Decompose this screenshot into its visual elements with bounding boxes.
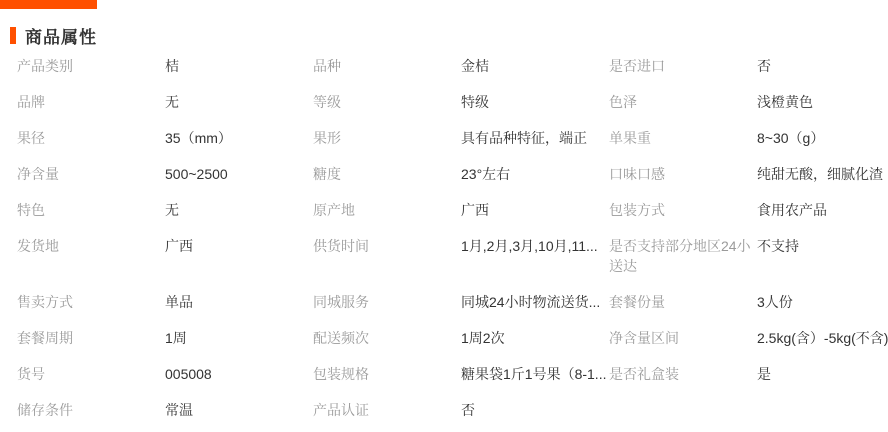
attribute-cell: 品种 金桔 — [313, 48, 609, 84]
attribute-label: 单果重 — [609, 128, 757, 148]
attribute-label: 发货地 — [17, 236, 165, 276]
attribute-value: 是 — [757, 364, 888, 384]
attribute-row: 套餐周期 1周 配送频次 1周2次 净含量区间 2.5kg(含）-5kg(不含) — [17, 320, 888, 356]
attribute-label: 果径 — [17, 128, 165, 148]
attribute-value: 食用农产品 — [757, 200, 888, 220]
attribute-cell: 是否进口 否 — [609, 48, 888, 84]
attribute-cell — [609, 392, 888, 428]
attribute-cell: 发货地 广西 — [17, 228, 313, 284]
attribute-cell: 产品认证 否 — [313, 392, 609, 428]
attribute-cell: 品牌 无 — [17, 84, 313, 120]
section-header: 商品属性 — [10, 25, 97, 45]
attribute-label: 净含量区间 — [609, 328, 757, 348]
attribute-cell: 净含量区间 2.5kg(含）-5kg(不含) — [609, 320, 888, 356]
attribute-value: 糖果袋1斤1号果（8-1... — [461, 364, 609, 384]
attribute-row: 储存条件 常温 产品认证 否 — [17, 392, 888, 428]
attribute-cell: 配送频次 1周2次 — [313, 320, 609, 356]
attribute-row: 果径 35（mm） 果形 具有品种特征，端正 单果重 8~30（g） — [17, 120, 888, 156]
attribute-cell: 是否支持部分地区24小送达 不支持 — [609, 228, 888, 284]
attribute-value: 桔 — [165, 56, 313, 76]
attribute-label: 储存条件 — [17, 400, 165, 420]
attribute-label: 品牌 — [17, 92, 165, 112]
attribute-row: 特色 无 原产地 广西 包装方式 食用农产品 — [17, 192, 888, 228]
page-title: 商品属性 — [25, 23, 97, 48]
attribute-value: 1周2次 — [461, 328, 609, 348]
attribute-value: 否 — [757, 56, 888, 76]
attribute-row: 货号 005008 包装规格 糖果袋1斤1号果（8-1... 是否礼盒装 是 — [17, 356, 888, 392]
attribute-label: 是否礼盒装 — [609, 364, 757, 384]
attribute-value: 8~30（g） — [757, 128, 888, 148]
attribute-cell: 售卖方式 单品 — [17, 284, 313, 320]
attribute-value: 1月,2月,3月,10月,11... — [461, 236, 609, 276]
attribute-value: 金桔 — [461, 56, 609, 76]
attribute-label: 供货时间 — [313, 236, 461, 276]
attribute-label: 产品认证 — [313, 400, 461, 420]
attribute-value: 无 — [165, 92, 313, 112]
attribute-row: 售卖方式 单品 同城服务 同城24小时物流送货... 套餐份量 3人份 — [17, 284, 888, 320]
attribute-cell: 果径 35（mm） — [17, 120, 313, 156]
attribute-label: 色泽 — [609, 92, 757, 112]
attribute-value: 单品 — [165, 292, 313, 312]
attribute-row: 发货地 广西 供货时间 1月,2月,3月,10月,11... 是否支持部分地区2… — [17, 228, 888, 284]
attribute-cell: 等级 特级 — [313, 84, 609, 120]
attribute-label: 特色 — [17, 200, 165, 220]
attribute-value: 35（mm） — [165, 128, 313, 148]
attribute-value: 否 — [461, 400, 609, 420]
attribute-cell: 包装方式 食用农产品 — [609, 192, 888, 228]
title-accent-bar — [10, 27, 16, 44]
attribute-label: 套餐周期 — [17, 328, 165, 348]
attribute-label: 货号 — [17, 364, 165, 384]
attribute-cell: 供货时间 1月,2月,3月,10月,11... — [313, 228, 609, 284]
attribute-value — [757, 400, 888, 420]
attribute-label: 产品类别 — [17, 56, 165, 76]
attribute-label: 配送频次 — [313, 328, 461, 348]
attribute-cell: 储存条件 常温 — [17, 392, 313, 428]
attribute-label: 原产地 — [313, 200, 461, 220]
attribute-value: 常温 — [165, 400, 313, 420]
attribute-cell: 套餐周期 1周 — [17, 320, 313, 356]
attribute-cell: 糖度 23°左右 — [313, 156, 609, 192]
attribute-value: 23°左右 — [461, 164, 609, 184]
attribute-label: 是否进口 — [609, 56, 757, 76]
attribute-cell: 是否礼盒装 是 — [609, 356, 888, 392]
attribute-value: 1周 — [165, 328, 313, 348]
attribute-cell: 包装规格 糖果袋1斤1号果（8-1... — [313, 356, 609, 392]
attribute-value: 具有品种特征，端正 — [461, 128, 609, 148]
attribute-value: 005008 — [165, 364, 313, 384]
attribute-cell: 特色 无 — [17, 192, 313, 228]
attribute-label — [609, 400, 757, 420]
attribute-label: 售卖方式 — [17, 292, 165, 312]
attributes-table: 产品类别 桔 品种 金桔 是否进口 否 品牌 无 等级 特级 色泽 浅橙黄色 果… — [0, 48, 888, 428]
attribute-value: 500~2500 — [165, 164, 313, 184]
attribute-cell: 口味口感 纯甜无酸，细腻化渣 — [609, 156, 888, 192]
attribute-label: 净含量 — [17, 164, 165, 184]
attribute-cell: 果形 具有品种特征，端正 — [313, 120, 609, 156]
attribute-label: 包装方式 — [609, 200, 757, 220]
attribute-value: 纯甜无酸，细腻化渣 — [757, 164, 888, 184]
attribute-row: 品牌 无 等级 特级 色泽 浅橙黄色 — [17, 84, 888, 120]
attribute-row: 净含量 500~2500 糖度 23°左右 口味口感 纯甜无酸，细腻化渣 — [17, 156, 888, 192]
attribute-label: 口味口感 — [609, 164, 757, 184]
attribute-label: 是否支持部分地区24小送达 — [609, 236, 757, 276]
attribute-cell: 同城服务 同城24小时物流送货... — [313, 284, 609, 320]
attribute-cell: 套餐份量 3人份 — [609, 284, 888, 320]
attribute-value: 不支持 — [757, 236, 888, 276]
attribute-value: 浅橙黄色 — [757, 92, 888, 112]
attribute-value: 特级 — [461, 92, 609, 112]
attribute-value: 广西 — [461, 200, 609, 220]
attribute-cell: 单果重 8~30（g） — [609, 120, 888, 156]
attribute-value: 3人份 — [757, 292, 888, 312]
attribute-label: 等级 — [313, 92, 461, 112]
attribute-value: 广西 — [165, 236, 313, 276]
attribute-label: 品种 — [313, 56, 461, 76]
attribute-label: 同城服务 — [313, 292, 461, 312]
attribute-label: 包装规格 — [313, 364, 461, 384]
attribute-cell: 货号 005008 — [17, 356, 313, 392]
attribute-value: 2.5kg(含）-5kg(不含) — [757, 328, 888, 348]
top-tab-indicator — [0, 0, 97, 9]
attribute-cell: 净含量 500~2500 — [17, 156, 313, 192]
attribute-value: 无 — [165, 200, 313, 220]
attribute-label: 套餐份量 — [609, 292, 757, 312]
attribute-cell: 原产地 广西 — [313, 192, 609, 228]
attribute-cell: 色泽 浅橙黄色 — [609, 84, 888, 120]
attribute-value: 同城24小时物流送货... — [461, 292, 609, 312]
attribute-cell: 产品类别 桔 — [17, 48, 313, 84]
attribute-label: 糖度 — [313, 164, 461, 184]
attribute-row: 产品类别 桔 品种 金桔 是否进口 否 — [17, 48, 888, 84]
attribute-label: 果形 — [313, 128, 461, 148]
